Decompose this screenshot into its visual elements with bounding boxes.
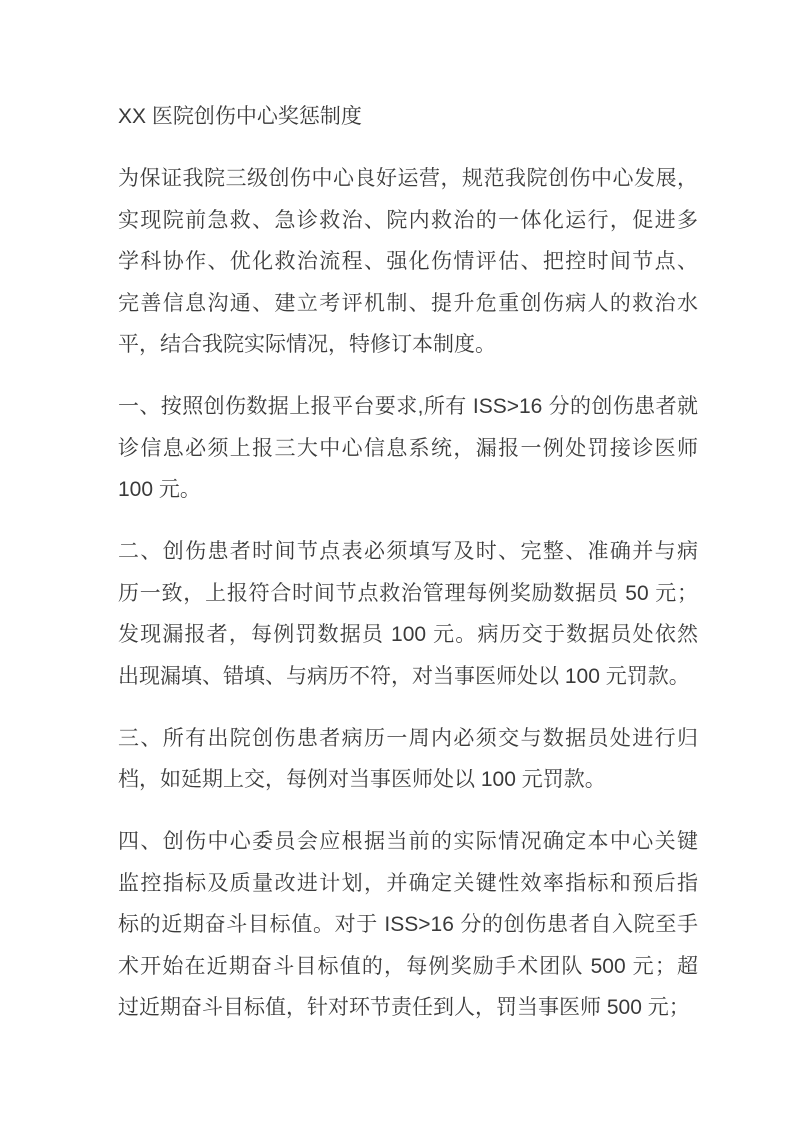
document-title: XX 医院创伤中心奖惩制度 (118, 96, 698, 138)
paragraph-rule-2: 二、创伤患者时间节点表必须填写及时、完整、准确并与病 历一致，上报符合时间节点救… (118, 531, 698, 697)
paragraph-line: 实现院前急救、急诊救治、院内救治的一体化运行，促进多 (118, 200, 698, 242)
paragraph-line: 一、按照创伤数据上报平台要求,所有 ISS>16 分的创伤患者就 (118, 386, 698, 428)
paragraph-line: 完善信息沟通、建立考评机制、提升危重创伤病人的救治水 (118, 283, 698, 325)
paragraph-line: 二、创伤患者时间节点表必须填写及时、完整、准确并与病 (118, 531, 698, 573)
paragraph-line: 出现漏填、错填、与病历不符，对当事医师处以 100 元罚款。 (118, 656, 698, 698)
paragraph-line: 100 元。 (118, 469, 698, 511)
paragraph-line: 历一致，上报符合时间节点救治管理每例奖励数据员 50 元； (118, 573, 698, 615)
paragraph-line: 术开始在近期奋斗目标值的，每例奖励手术团队 500 元；超 (118, 946, 698, 988)
paragraph-line: 为保证我院三级创伤中心良好运营，规范我院创伤中心发展， (118, 158, 698, 200)
paragraph-line: 标的近期奋斗目标值。对于 ISS>16 分的创伤患者自入院至手 (118, 904, 698, 946)
paragraph-intro: 为保证我院三级创伤中心良好运营，规范我院创伤中心发展， 实现院前急救、急诊救治、… (118, 158, 698, 366)
paragraph-rule-1: 一、按照创伤数据上报平台要求,所有 ISS>16 分的创伤患者就 诊信息必须上报… (118, 386, 698, 511)
paragraph-line: 监控指标及质量改进计划，并确定关键性效率指标和预后指 (118, 863, 698, 905)
paragraph-line: 诊信息必须上报三大中心信息系统，漏报一例处罚接诊医师 (118, 428, 698, 470)
paragraph-rule-3: 三、所有出院创伤患者病历一周内必须交与数据员处进行归 档，如延期上交，每例对当事… (118, 718, 698, 801)
paragraph-line: 四、创伤中心委员会应根据当前的实际情况确定本中心关键 (118, 821, 698, 863)
document-body: XX 医院创伤中心奖惩制度 为保证我院三级创伤中心良好运营，规范我院创伤中心发展… (0, 0, 793, 1029)
paragraph-line: 档，如延期上交，每例对当事医师处以 100 元罚款。 (118, 759, 698, 801)
paragraph-line: 发现漏报者，每例罚数据员 100 元。病历交于数据员处依然 (118, 614, 698, 656)
paragraph-line: 过近期奋斗目标值，针对环节责任到人，罚当事医师 500 元； (118, 987, 698, 1029)
paragraph-line: 平，结合我院实际情况，特修订本制度。 (118, 324, 698, 366)
paragraph-line: 三、所有出院创伤患者病历一周内必须交与数据员处进行归 (118, 718, 698, 760)
paragraph-line: 学科协作、优化救治流程、强化伤情评估、把控时间节点、 (118, 241, 698, 283)
paragraph-rule-4: 四、创伤中心委员会应根据当前的实际情况确定本中心关键 监控指标及质量改进计划，并… (118, 821, 698, 1029)
document-page: { "page": { "background": "#ffffff", "te… (0, 0, 793, 1122)
